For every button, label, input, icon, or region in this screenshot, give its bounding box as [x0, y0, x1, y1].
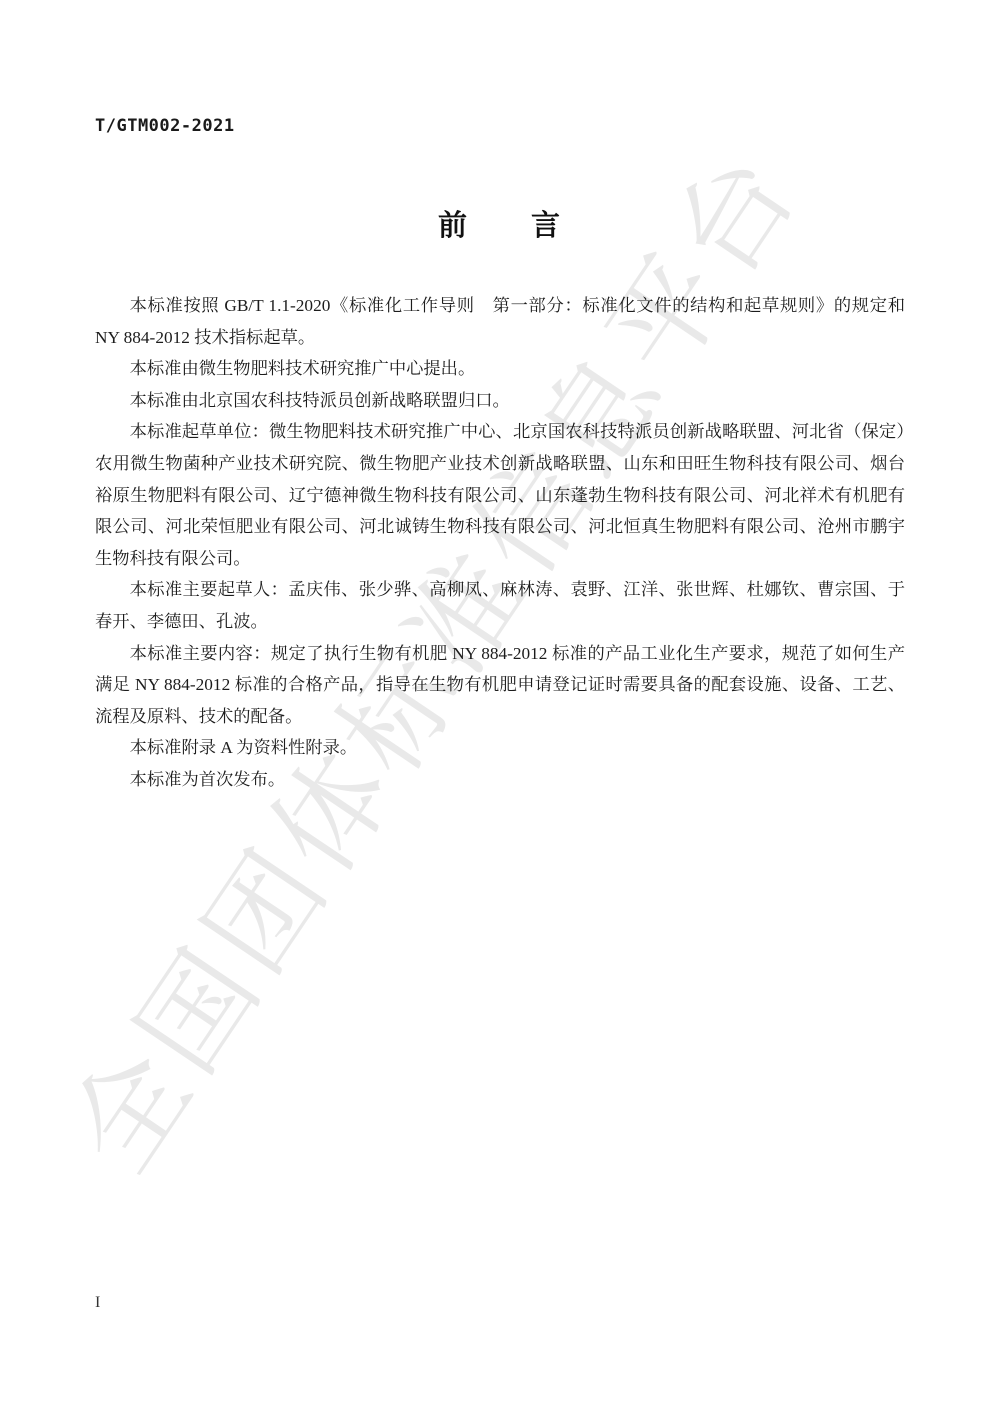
page-content: T/GTM002-2021 前 言 本标准按照 GB/T 1.1-2020《标准…: [0, 0, 1000, 1414]
paragraph-appendix-note: 本标准附录 A 为资料性附录。: [95, 732, 905, 764]
paragraph-drafting-organizations: 本标准起草单位：微生物肥料技术研究推广中心、北京国农科技特派员创新战略联盟、河北…: [95, 416, 905, 574]
paragraph-basis: 本标准按照 GB/T 1.1-2020《标准化工作导则 第一部分：标准化文件的结…: [95, 290, 905, 353]
paragraph-proposed-by: 本标准由微生物肥料技术研究推广中心提出。: [95, 353, 905, 385]
paragraph-main-content: 本标准主要内容：规定了执行生物有机肥 NY 884-2012 标准的产品工业化生…: [95, 638, 905, 733]
standard-number: T/GTM002-2021: [95, 116, 235, 136]
paragraph-main-drafters: 本标准主要起草人：孟庆伟、张少骅、高柳凤、麻林涛、袁野、江洋、张世辉、杜娜钦、曹…: [95, 574, 905, 637]
document-page: 全国团体标准信息平台 T/GTM002-2021 前 言 本标准按照 GB/T …: [0, 0, 1000, 1414]
paragraph-first-release: 本标准为首次发布。: [95, 764, 905, 796]
page-number: I: [95, 1294, 100, 1312]
paragraph-centralized-by: 本标准由北京国农科技特派员创新战略联盟归口。: [95, 385, 905, 417]
foreword-body: 本标准按照 GB/T 1.1-2020《标准化工作导则 第一部分：标准化文件的结…: [95, 290, 905, 796]
foreword-title: 前 言: [0, 203, 1000, 244]
